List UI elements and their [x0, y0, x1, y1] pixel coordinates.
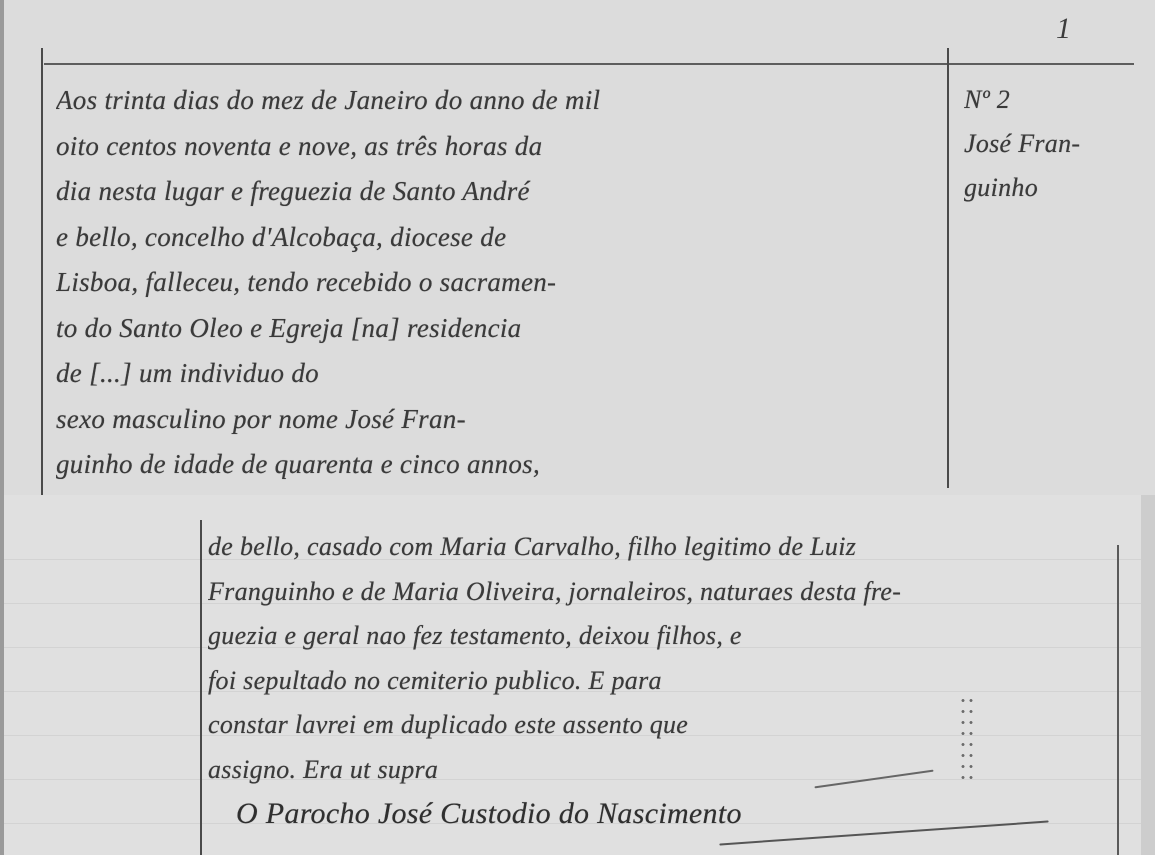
text-line: dia nesta lugar e freguezia de Santo And… [56, 169, 941, 215]
margin-note-line: guinho [964, 166, 1144, 210]
text-line: foi sepultado no cemiterio publico. E pa… [208, 659, 1113, 704]
text-line: de [...] um individuo do [56, 351, 941, 397]
priest-signature: O Parocho José Custodio do Nascimento [208, 792, 1113, 837]
margin-note-line: Nº 2 [964, 78, 1144, 122]
left-margin-rule [200, 520, 202, 855]
header-rule [44, 63, 1134, 65]
text-line: sexo masculino por nome José Fran- [56, 397, 941, 443]
text-line: constar lavrei em duplicado este assento… [208, 703, 1113, 748]
left-margin-rule [41, 48, 43, 495]
page-number: 1 [1056, 12, 1071, 46]
margin-column-rule [947, 48, 949, 488]
text-line: guinho de idade de quarenta e cinco anno… [56, 442, 941, 488]
perforation-stamp-icon [959, 695, 977, 785]
text-line: Aos trinta dias do mez de Janeiro do ann… [56, 78, 941, 124]
register-page-top-fragment: 1 Aos trinta dias do mez de Janeiro do a… [4, 0, 1155, 495]
scan-right-edge [1141, 495, 1155, 855]
text-line: oito centos noventa e nove, as três hora… [56, 124, 941, 170]
entry-text-bottom: de bello, casado com Maria Carvalho, fil… [208, 525, 1113, 837]
text-line: de bello, casado com Maria Carvalho, fil… [208, 525, 1113, 570]
margin-note: Nº 2 José Fran- guinho [964, 78, 1144, 210]
margin-note-line: José Fran- [964, 122, 1144, 166]
right-margin-rule [1117, 545, 1119, 855]
entry-text-top: Aos trinta dias do mez de Janeiro do ann… [56, 78, 941, 533]
text-line: guezia e geral nao fez testamento, deixo… [208, 614, 1113, 659]
register-page-bottom-fragment: de bello, casado com Maria Carvalho, fil… [0, 495, 1145, 855]
text-line: Lisboa, falleceu, tendo recebido o sacra… [56, 260, 941, 306]
text-line: assigno. Era ut supra [208, 748, 1113, 793]
text-line: to do Santo Oleo e Egreja [na] residenci… [56, 306, 941, 352]
text-line: Franguinho e de Maria Oliveira, jornalei… [208, 570, 1113, 615]
text-line: e bello, concelho d'Alcobaça, diocese de [56, 215, 941, 261]
